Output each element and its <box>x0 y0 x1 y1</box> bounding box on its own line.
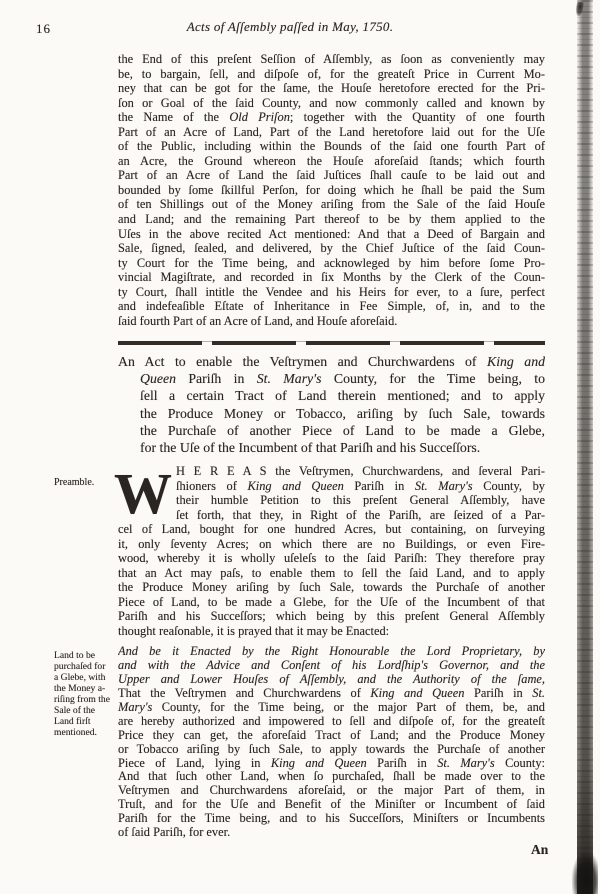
text-line: Sale, ſigned, ſealed, and delivered, by … <box>118 241 545 256</box>
text-line: ney that can be got for the ſame, the Ho… <box>118 81 545 96</box>
text-line: ſell a certain Tract of Land therein men… <box>118 387 545 404</box>
text-line: ſaid fourth Part of an Acre of Land, and… <box>118 314 545 329</box>
text-line: ſon or Goal of the ſaid County, and now … <box>118 96 545 111</box>
document-page: 16 Acts of Aſſembly paſſed in May, 1750.… <box>0 0 600 894</box>
text-line: the Money a- <box>54 683 118 694</box>
text-line: wood, whereby it is wholly uſeleſs to th… <box>118 551 545 566</box>
preamble-paragraph: W H E R E A S the Veſtrymen, Churchwarde… <box>118 464 545 639</box>
text-line: Piece of Land, lying in King and Queen P… <box>118 757 545 771</box>
text-line: purchaſed for <box>54 661 118 672</box>
text-line: cel of Land, bought for one hundred Acre… <box>118 522 545 537</box>
text-line: Part of an Acre of Land, Part of the Lan… <box>118 125 545 140</box>
text-line: And be it Enacted by the Right Honourabl… <box>118 645 545 659</box>
text-line: H E R E A S the Veſtrymen, Churchwardens… <box>176 464 545 479</box>
text-line: the Produce Money ariſing by ſuch Sale, … <box>118 580 545 595</box>
text-line: Pariſh and his Succeſſors; which being b… <box>118 609 545 624</box>
margin-note-glebe: Land to bepurchaſed fora Glebe, withthe … <box>54 650 118 738</box>
text-line: of ten Shillings out of the Money ariſin… <box>118 197 545 212</box>
text-line: are hereby authorized and impowered to ſ… <box>118 715 545 729</box>
text-line: Land to be <box>54 650 118 661</box>
text-line: And that ſuch other Land, when ſo purcha… <box>118 770 545 784</box>
text-line: ty Court, ſhall intitle the Vendee and h… <box>118 285 545 300</box>
text-line: the Purchaſe of another Piece of Land to… <box>118 422 545 439</box>
page-number: 16 <box>36 21 51 37</box>
text-line: Queen Pariſh in St. Mary's County, for t… <box>118 370 545 387</box>
catchword: An <box>531 842 548 858</box>
text-line: the Produce Money or Tobacco, ariſing by… <box>118 405 545 422</box>
text-line: and with the Advice and Conſent of his L… <box>118 659 545 673</box>
text-line: ſet forth, that they, in Right of the Pa… <box>176 508 545 523</box>
text-line: vincial Magiſtrate, and recorded in ſix … <box>118 270 545 285</box>
text-line: and indefeaſible Eſtate of Inheritance i… <box>118 299 545 314</box>
text-line: Veſtrymen and Churchwardens aforeſaid, o… <box>118 784 545 798</box>
text-line: a Glebe, with <box>54 672 118 683</box>
text-line: that an Act may paſs, to enable them to … <box>118 566 545 581</box>
text-line: Price they can get, the aforeſaid Tract … <box>118 729 545 743</box>
text-line: an Acre, the Ground whereon the Houſe af… <box>118 154 545 169</box>
text-line: ſhioners of King and Queen Pariſh in St.… <box>176 479 545 494</box>
text-line: their humble Petition to this preſent Ge… <box>176 493 545 508</box>
text-line: ty Court for the Time being, and acknowl… <box>118 256 545 271</box>
text-line: it, only ſeventy Acres; on which there a… <box>118 537 545 552</box>
text-line: Part of an Acre of Land the ſaid Juſtice… <box>118 168 545 183</box>
scan-gutter-shadow <box>577 0 593 894</box>
text-line: the Name of the Old Priſon; together wit… <box>118 110 545 125</box>
section-divider-rule <box>118 341 545 345</box>
enacting-clause-paragraph: And be it Enacted by the Right Honourabl… <box>118 645 545 840</box>
text-line: Pariſh for the Time being, and to his Su… <box>118 812 545 826</box>
text-line: for the Uſe of the Incumbent of that Par… <box>118 439 545 456</box>
text-line: mentioned. <box>54 727 118 738</box>
text-line: An Act to enable the Veſtrymen and Churc… <box>118 353 545 370</box>
act-title: An Act to enable the Veſtrymen and Churc… <box>118 353 545 456</box>
text-line: the End of this preſent Seſſion of Aſſem… <box>118 52 545 67</box>
text-line: thought reaſonable, it is prayed that it… <box>118 624 545 639</box>
text-line: Sale of the <box>54 705 118 716</box>
text-line: That the Veſtrymen and Churchwardens of … <box>118 687 545 701</box>
text-line: Upper and Lower Houſes of Aſſembly, and … <box>118 673 545 687</box>
margin-note-preamble: Preamble. <box>54 477 116 488</box>
drop-cap-w: W <box>114 464 170 524</box>
text-line: be, to bargain, ſell, and diſpoſe of, fo… <box>118 67 545 82</box>
text-line: Piece of Land, to be made a Glebe, for t… <box>118 595 545 610</box>
text-line: of the Public, including within the Boun… <box>118 139 545 154</box>
text-line: of ſaid Pariſh, for ever. <box>118 826 545 840</box>
text-line: Uſes in the above recited Act mentioned:… <box>118 227 545 242</box>
text-line: Mary's County, for the Time being, or th… <box>118 701 545 715</box>
text-line: or Tobacco ariſing by ſuch Sale, to appl… <box>118 743 545 757</box>
text-line: and Land; and the remaining Part thereof… <box>118 212 545 227</box>
text-line: bounded by ſome ſkillful Perſon, for doi… <box>118 183 545 198</box>
paragraph-prison-sale: the End of this preſent Seſſion of Aſſem… <box>118 52 545 328</box>
text-line: Truſt, and for the Uſe and Benefit of th… <box>118 798 545 812</box>
text-line: Land firſt <box>54 716 118 727</box>
running-head: Acts of Aſſembly paſſed in May, 1750. <box>75 19 505 35</box>
scan-gutter-shadow-bottom <box>572 852 598 894</box>
text-line: riſing from the <box>54 694 118 705</box>
